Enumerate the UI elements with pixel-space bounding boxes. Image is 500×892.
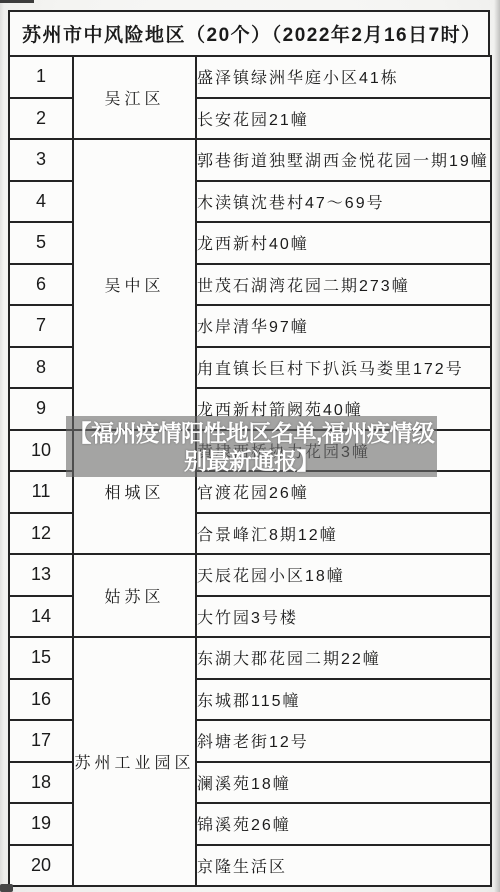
district-cell-wujiang: 吴江区 [73,56,196,139]
location-cell: 东城郡115幢 [196,679,491,721]
row-number: 12 [9,513,73,555]
row-number: 11 [9,471,73,513]
photo-artifact [0,884,13,892]
location-cell: 澜溪苑18幢 [196,762,491,804]
watermark-overlay: 【福州疫情阳性地区名单,福州疫情级 别最新通报】 [66,416,437,477]
row-number: 15 [9,637,73,679]
table-row: 13 姑苏区 天辰花园小区18幢 [9,554,491,596]
photo-background: 苏州市中风险地区（20个）（2022年2月16日7时） 1 吴江区 盛泽镇绿洲华… [0,0,500,892]
row-number: 5 [9,222,73,264]
location-cell: 盛泽镇绿洲华庭小区41栋 [196,56,491,98]
watermark-text-line2: 别最新通报】 [184,447,319,475]
location-cell: 官渡花园26幢 [196,471,491,513]
row-number: 13 [9,554,73,596]
row-number: 17 [9,720,73,762]
location-cell: 郭巷街道独墅湖西金悦花园一期19幢 [196,139,491,181]
location-cell: 大竹园3号楼 [196,596,491,638]
row-number: 7 [9,305,73,347]
location-cell: 木渎镇沈巷村47～69号 [196,181,491,223]
row-number: 3 [9,139,73,181]
row-number: 19 [9,803,73,845]
district-cell-gusu: 姑苏区 [73,554,196,637]
row-number: 20 [9,845,73,887]
location-cell: 东湖大郡花园二期22幢 [196,637,491,679]
row-number: 16 [9,679,73,721]
location-cell: 龙西新村40幢 [196,222,491,264]
row-number: 6 [9,264,73,306]
district-cell-wuzhong: 吴中区 [73,139,196,430]
location-cell: 锦溪苑26幢 [196,803,491,845]
row-number: 9 [9,388,73,430]
location-cell: 京隆生活区 [196,845,491,887]
location-cell: 天辰花园小区18幢 [196,554,491,596]
watermark-text-line1: 【福州疫情阳性地区名单,福州疫情级 [69,419,435,447]
table-row: 3 吴中区 郭巷街道独墅湖西金悦花园一期19幢 [9,139,491,181]
row-number: 2 [9,98,73,140]
location-cell: 世茂石湖湾花园二期273幢 [196,264,491,306]
location-cell: 水岸清华97幢 [196,305,491,347]
district-cell-sip: 苏州工业园区 [73,637,196,886]
location-cell: 合景峰汇8期12幢 [196,513,491,555]
row-number: 10 [9,430,73,472]
row-number: 1 [9,56,73,98]
photo-edge-shadow-right [494,0,500,892]
photo-edge-shadow-left [0,0,4,892]
table-title: 苏州市中风险地区（20个）（2022年2月16日7时） [8,10,490,57]
row-number: 18 [9,762,73,804]
location-cell: 斜塘老街12号 [196,720,491,762]
location-cell: 长安花园21幢 [196,98,491,140]
photo-artifact [0,0,34,3]
table-row: 1 吴江区 盛泽镇绿洲华庭小区41栋 [9,56,491,98]
location-cell: 甪直镇长巨村下扒浜马娄里172号 [196,347,491,389]
row-number: 4 [9,181,73,223]
row-number: 14 [9,596,73,638]
row-number: 8 [9,347,73,389]
table-row: 15 苏州工业园区 东湖大郡花园二期22幢 [9,637,491,679]
